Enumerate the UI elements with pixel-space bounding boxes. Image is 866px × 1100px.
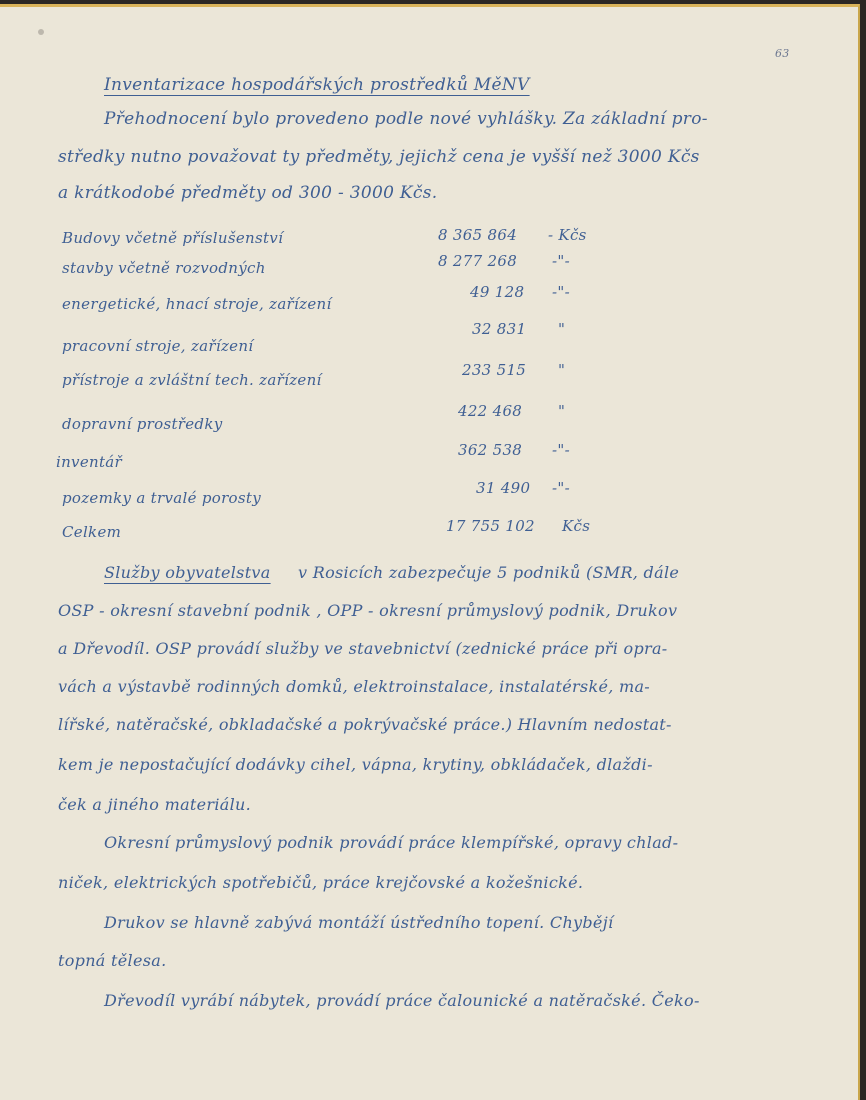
drukov-line-2: topná tělesa.: [58, 951, 166, 970]
row-label: pracovní stroje, zařízení: [62, 337, 253, 355]
row-label: Budovy včetně příslušenství: [62, 229, 283, 247]
opp-line-2: niček, elektrických spotřebičů, práce kr…: [58, 873, 583, 892]
drevodil-line-1: Dřevodíl vyrábí nábytek, provádí práce č…: [104, 991, 700, 1010]
row-value: 31 490: [476, 479, 530, 497]
total-unit: Kčs: [562, 517, 590, 535]
row-value: 362 538: [458, 441, 522, 459]
row-value: 8 277 268: [438, 252, 517, 270]
services-line-7: ček a jiného materiálu.: [58, 795, 251, 814]
opp-line-1: Okresní průmyslový podnik provádí práce …: [104, 833, 678, 852]
services-line-1: v Rosicích zabezpečuje 5 podniků (SMR, d…: [298, 563, 679, 582]
intro-line-1: Přehodnocení bylo provedeno podle nové v…: [104, 109, 708, 129]
row-label: dopravní prostředky: [62, 415, 223, 433]
section-heading-services: Služby obyvatelstva: [104, 563, 271, 582]
row-unit: ": [558, 320, 565, 338]
intro-line-3: a krátkodobé předměty od 300 - 3000 Kčs.: [58, 183, 437, 203]
row-unit: ": [558, 361, 565, 379]
services-line-5: lířské, natěračské, obkladačské a pokrýv…: [58, 715, 672, 734]
row-label: inventář: [56, 453, 122, 471]
services-line-4: vách a výstavbě rodinných domků, elektro…: [58, 677, 650, 696]
total-label: Celkem: [62, 523, 121, 541]
row-unit: -"-: [552, 283, 570, 301]
row-label: pozemky a trvalé porosty: [62, 489, 261, 507]
row-value: 8 365 864: [438, 226, 517, 244]
services-line-3: a Dřevodíl. OSP provádí služby ve staveb…: [58, 639, 668, 658]
row-unit: ": [558, 402, 565, 420]
row-label: přístroje a zvláštní tech. zařízení: [62, 371, 322, 389]
row-label: stavby včetně rozvodných: [62, 259, 266, 277]
handwritten-page: 63 Inventarizace hospodářských prostředk…: [0, 4, 860, 1100]
row-unit: -"-: [552, 441, 570, 459]
row-value: 32 831: [472, 320, 526, 338]
page-heading: Inventarizace hospodářských prostředků M…: [104, 75, 530, 95]
row-unit: - Kčs: [548, 226, 587, 244]
row-value: 422 468: [458, 402, 522, 420]
drukov-line-1: Drukov se hlavně zabývá montáží ústřední…: [104, 913, 613, 932]
row-value: 233 515: [462, 361, 526, 379]
ink-spot: [38, 29, 44, 35]
row-unit: -"-: [552, 479, 570, 497]
row-value: 49 128: [470, 283, 524, 301]
row-unit: -"-: [552, 252, 570, 270]
row-label: energetické, hnací stroje, zařízení: [62, 295, 332, 313]
intro-line-2: středky nutno považovat ty předměty, jej…: [58, 147, 700, 167]
page-number: 63: [775, 47, 790, 60]
total-value: 17 755 102: [446, 517, 535, 535]
services-line-6: kem je nepostačující dodávky cihel, vápn…: [58, 755, 653, 774]
services-line-2: OSP - okresní stavební podnik , OPP - ok…: [58, 601, 677, 620]
